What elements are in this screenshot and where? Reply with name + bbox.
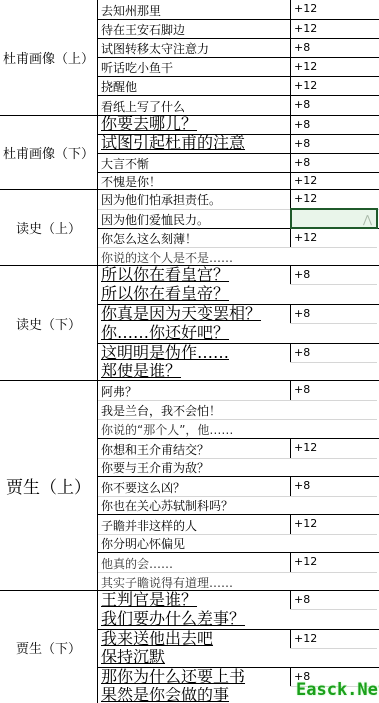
affinity-value[interactable]: +12 (290, 229, 379, 247)
section-dufu-portrait-2: 杜甫画像（下） 你要去哪儿？ +8 试图引起杜甫的注意 +8 大言不惭 +8 不… (0, 115, 379, 189)
cell-divider (290, 362, 377, 363)
choice-line[interactable]: 你想和王介甫结交？ (98, 439, 290, 458)
choice-group: 你要去哪儿？ +8 (98, 116, 379, 134)
value-text: +8 (294, 156, 310, 169)
choice-line[interactable]: 阿弗？ (98, 381, 290, 400)
affinity-value[interactable]: +12 (290, 439, 379, 458)
choice-line[interactable]: 你说的“那个人”，他…… (98, 419, 290, 438)
cell-fill-indicator-icon: ⋀ (363, 213, 372, 226)
choice-line[interactable]: 你说的这个人是不是…… (98, 247, 290, 266)
choice-line[interactable]: 你要与王介甫为敌？ (98, 458, 290, 476)
affinity-value[interactable]: +8 (290, 266, 379, 284)
value-text: +8 (294, 346, 310, 359)
value-text: +12 (294, 632, 317, 645)
affinity-value[interactable]: +12 (290, 190, 379, 208)
choice-group: 试图引起杜甫的注意 +8 (98, 134, 379, 153)
choice-group: 这明明是伪作…… 郑使是谁？ +8 (98, 343, 379, 381)
choice-group: 待在王安石脚边 +12 (98, 19, 379, 38)
affinity-value[interactable]: +12 (290, 630, 379, 648)
choice-line[interactable]: 待在王安石脚边 (98, 20, 290, 38)
section-label[interactable]: 杜甫画像（下） (0, 116, 98, 189)
cell-divider (290, 496, 377, 497)
affinity-value[interactable]: +8 (290, 154, 379, 172)
value-text: +12 (294, 174, 317, 187)
selected-cell[interactable]: ⋀ (290, 208, 378, 229)
affinity-value[interactable]: +8 (290, 96, 379, 115)
value-text: +12 (294, 2, 317, 15)
section-label[interactable]: 读史（上） (0, 190, 98, 265)
affinity-value[interactable]: +12 (290, 553, 379, 572)
choice-group: 挠醒他 +12 (98, 76, 379, 95)
choice-line[interactable]: 你……你还好吧？ (98, 324, 290, 343)
choice-line[interactable]: 子瞻并非这样的人 (98, 515, 290, 534)
value-text: +8 (294, 383, 310, 396)
value-text: +8 (294, 118, 310, 131)
cell-divider (290, 323, 377, 324)
section-label[interactable]: 贾生（下） (0, 591, 98, 703)
choice-line[interactable]: 你怎么这么刻薄！ (98, 229, 290, 247)
section-label[interactable]: 读史（下） (0, 266, 98, 380)
value-text: +8 (294, 137, 310, 150)
choice-group: 大言不惭 +8 (98, 153, 379, 172)
affinity-value[interactable]: +8 (290, 477, 379, 496)
choice-line[interactable]: 你也在关心苏轼制科吗？ (98, 496, 290, 514)
choice-line[interactable]: 试图引起杜甫的注意 (98, 135, 290, 153)
choice-line[interactable]: 试图转移太守注意力 (98, 39, 290, 57)
choice-line[interactable]: 郑使是谁？ (98, 363, 290, 381)
value-text: +8 (294, 307, 310, 320)
choice-group: 看纸上写了什么 +8 (98, 95, 379, 115)
choice-line[interactable]: 你真是因为天变罢相？ (98, 305, 290, 324)
value-text: +12 (294, 60, 317, 73)
choice-group: 我来送他出去吧 保持沉默 +12 (98, 629, 379, 667)
value-text: +8 (294, 98, 310, 111)
affinity-value[interactable]: +8 (290, 39, 379, 57)
choice-group: 去知州那里 +12 (98, 0, 379, 19)
choice-group: 因为他们怕承担责任。 +12 (98, 190, 379, 209)
choice-group: 王判官是谁？ 我们要办什么差事？ +8 (98, 591, 379, 629)
cell-divider (290, 648, 377, 649)
choice-group: 所以你在看皇宫？ 所以你在看皇帝？ +8 (98, 266, 379, 304)
choice-line[interactable]: 因为他们爱恤民力。 (98, 210, 290, 228)
cell-divider (290, 609, 377, 610)
choice-line[interactable]: 所以你在看皇宫？ (98, 266, 290, 285)
section-label[interactable]: 贾生（上） (0, 381, 98, 590)
value-text: +8 (294, 593, 310, 606)
choice-line[interactable]: 去知州那里 (98, 0, 290, 19)
choice-line[interactable]: 因为他们怕承担责任。 (98, 190, 290, 208)
affinity-value[interactable]: +8 (290, 381, 379, 400)
value-text: +8 (294, 268, 310, 281)
value-text: +12 (294, 192, 317, 205)
section-reading-history-2: 读史（下） 所以你在看皇宫？ 所以你在看皇帝？ +8 你真是因为天变罢相？ 你…… (0, 265, 379, 380)
affinity-value[interactable]: +8 (290, 116, 379, 134)
choice-line[interactable]: 大言不惭 (98, 154, 290, 172)
choice-line[interactable]: 所以你在看皇帝？ (98, 285, 290, 304)
choice-group: 子瞻并非这样的人 你分明心怀偏见 +12 (98, 514, 379, 552)
section-jiasheng-1: 贾生（上） 阿弗？ 我是兰台，我不会怕！ 你说的“那个人”，他…… +8 你想和… (0, 380, 379, 590)
choice-line[interactable]: 王判官是谁？ (98, 591, 290, 610)
value-text: +12 (294, 231, 317, 244)
affinity-value[interactable]: +12 (290, 173, 379, 190)
choice-group: 你不要这么凶？ 你也在关心苏轼制科吗？ +8 (98, 476, 379, 514)
choice-group: 试图转移太守注意力 +8 (98, 38, 379, 57)
affinity-value[interactable]: +12 (290, 77, 379, 95)
choice-line[interactable]: 听话吃小鱼干 (98, 58, 290, 76)
spreadsheet: 杜甫画像（上） 去知州那里 +12 待在王安石脚边 +12 试图转移太守注意力 … (0, 0, 379, 703)
choice-line[interactable]: 不愧是你！ (98, 173, 290, 190)
watermark: Easck.Net (296, 680, 379, 700)
choice-line[interactable]: 你不要这么凶？ (98, 477, 290, 496)
affinity-value[interactable]: +8 (290, 305, 379, 323)
choice-line[interactable]: 我们要办什么差事？ (98, 610, 290, 629)
value-text: +12 (294, 517, 317, 530)
choice-line[interactable]: 保持沉默 (98, 649, 290, 667)
choice-group: 你怎么这么刻薄！ 你说的这个人是不是…… +12 (98, 228, 379, 266)
affinity-value[interactable]: +12 (290, 515, 379, 534)
affinity-value[interactable]: +12 (290, 0, 379, 19)
cell-divider (290, 400, 377, 401)
choice-line[interactable]: 那你为什么还要上书 (98, 668, 290, 687)
choice-group: 不愧是你！ +12 (98, 172, 379, 190)
cell-divider (290, 247, 377, 248)
cell-divider (290, 284, 377, 285)
choice-line[interactable]: 果然是你会做的事 (98, 687, 290, 703)
value-text: +8 (294, 41, 310, 54)
value-text: +12 (294, 22, 317, 35)
section-dufu-portrait-1: 杜甫画像（上） 去知州那里 +12 待在王安石脚边 +12 试图转移太守注意力 … (0, 0, 379, 115)
affinity-value[interactable]: +8 (290, 591, 379, 609)
cell-divider (290, 534, 377, 535)
affinity-value[interactable]: +12 (290, 58, 379, 76)
choice-line[interactable]: 你分明心怀偏见 (98, 534, 290, 552)
value-text: +12 (294, 441, 317, 454)
cell-divider (290, 572, 377, 573)
choice-line[interactable]: 挠醒他 (98, 77, 290, 95)
choice-line[interactable]: 我是兰台，我不会怕！ (98, 400, 290, 419)
choice-group: 听话吃小鱼干 +12 (98, 57, 379, 76)
cell-divider (290, 419, 377, 420)
choice-group: 你真是因为天变罢相？ 你……你还好吧？ +8 (98, 304, 379, 343)
choice-line[interactable]: 其实子瞻说得有道理…… (98, 572, 290, 591)
choice-group: 你想和王介甫结交？ 你要与王介甫为敌？ +12 (98, 438, 379, 476)
value-text: +12 (294, 79, 317, 92)
choice-group: 阿弗？ 我是兰台，我不会怕！ 你说的“那个人”，他…… +8 (98, 381, 379, 438)
cell-divider (290, 458, 377, 459)
choice-line[interactable]: 这明明是伪作…… (98, 344, 290, 363)
affinity-value[interactable]: +12 (290, 20, 379, 38)
section-label[interactable]: 杜甫画像（上） (0, 0, 98, 115)
choice-line[interactable]: 我来送他出去吧 (98, 630, 290, 649)
choice-line[interactable]: 他真的会…… (98, 553, 290, 572)
choice-group: 他真的会…… 其实子瞻说得有道理…… +12 (98, 552, 379, 591)
choice-line[interactable]: 你要去哪儿？ (98, 116, 290, 134)
value-text: +12 (294, 555, 317, 568)
affinity-value[interactable]: +8 (290, 344, 379, 362)
affinity-value[interactable]: +8 (290, 135, 379, 153)
choice-line[interactable]: 看纸上写了什么 (98, 96, 290, 115)
value-text: +8 (294, 479, 310, 492)
